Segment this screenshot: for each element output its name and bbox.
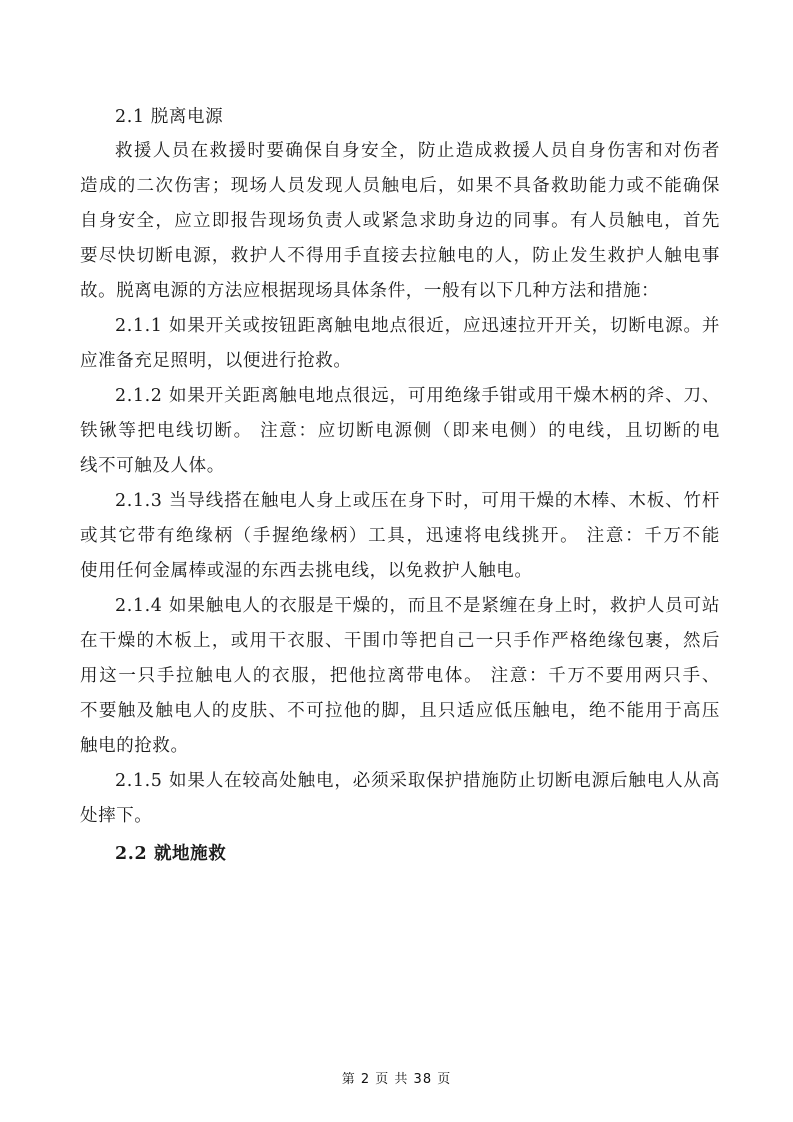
paragraph-line: 要尽快切断电源，救护人不得用手直接去拉触电的人，防止发生救护人触电事 xyxy=(80,239,720,273)
item-2-1-4-line: 用这一只手拉触电人的衣服，把他拉离带电体。 注意：千万不要用两只手、 xyxy=(80,659,720,693)
item-2-1-3-line: 2.1.3 当导线搭在触电人身上或压在身下时，可用干燥的木棒、木板、竹杆 xyxy=(80,484,720,518)
item-2-1-2-line: 2.1.2 如果开关距离触电地点很远，可用绝缘手钳或用干燥木柄的斧、刀、 xyxy=(80,379,720,413)
item-2-1-1-line: 2.1.1 如果开关或按钮距离触电地点很近，应迅速拉开开关，切断电源。并 xyxy=(80,309,720,343)
item-2-1-5-line: 处摔下。 xyxy=(80,799,720,833)
item-2-1-4-line: 触电的抢救。 xyxy=(80,729,720,763)
item-2-1-4-line: 2.1.4 如果触电人的衣服是干燥的，而且不是紧缠在身上时，救护人员可站 xyxy=(80,589,720,623)
item-2-1-1-line: 应准备充足照明，以便进行抢救。 xyxy=(80,344,720,378)
paragraph-line: 造成的二次伤害；现场人员发现人员触电后，如果不具备救助能力或不能确保 xyxy=(80,169,720,203)
item-2-1-2-line: 铁锹等把电线切断。 注意：应切断电源侧（即来电侧）的电线，且切断的电 xyxy=(80,414,720,448)
section-heading-2-1: 2.1 脱离电源 xyxy=(115,100,223,134)
item-2-1-3-line: 使用任何金属棒或湿的东西去挑电线，以免救护人触电。 xyxy=(80,554,720,588)
paragraph-line: 救援人员在救援时要确保自身安全，防止造成救援人员自身伤害和对伤者 xyxy=(80,134,720,168)
paragraph-line: 自身安全，应立即报告现场负责人或紧急求助身边的同事。有人员触电，首先 xyxy=(80,204,720,238)
item-2-1-2-line: 线不可触及人体。 xyxy=(80,449,720,483)
item-2-1-5-line: 2.1.5 如果人在较高处触电，必须采取保护措施防止切断电源后触电人从高 xyxy=(80,764,720,798)
item-2-1-3-line: 或其它带有绝缘柄（手握绝缘柄）工具，迅速将电线挑开。 注意：千万不能 xyxy=(80,519,720,553)
paragraph-line: 故。脱离电源的方法应根据现场具体条件，一般有以下几种方法和措施： xyxy=(80,274,720,308)
page-footer: 第 2 页 共 38 页 xyxy=(0,1068,793,1087)
item-2-1-4-line: 不要触及触电人的皮肤、不可拉他的脚，且只适应低压触电，绝不能用于高压 xyxy=(80,694,720,728)
section-heading-2-2: 2.2 就地施救 xyxy=(115,837,226,871)
item-2-1-4-line: 在干燥的木板上，或用干衣服、干围巾等把自己一只手作严格绝缘包裹，然后 xyxy=(80,624,720,658)
